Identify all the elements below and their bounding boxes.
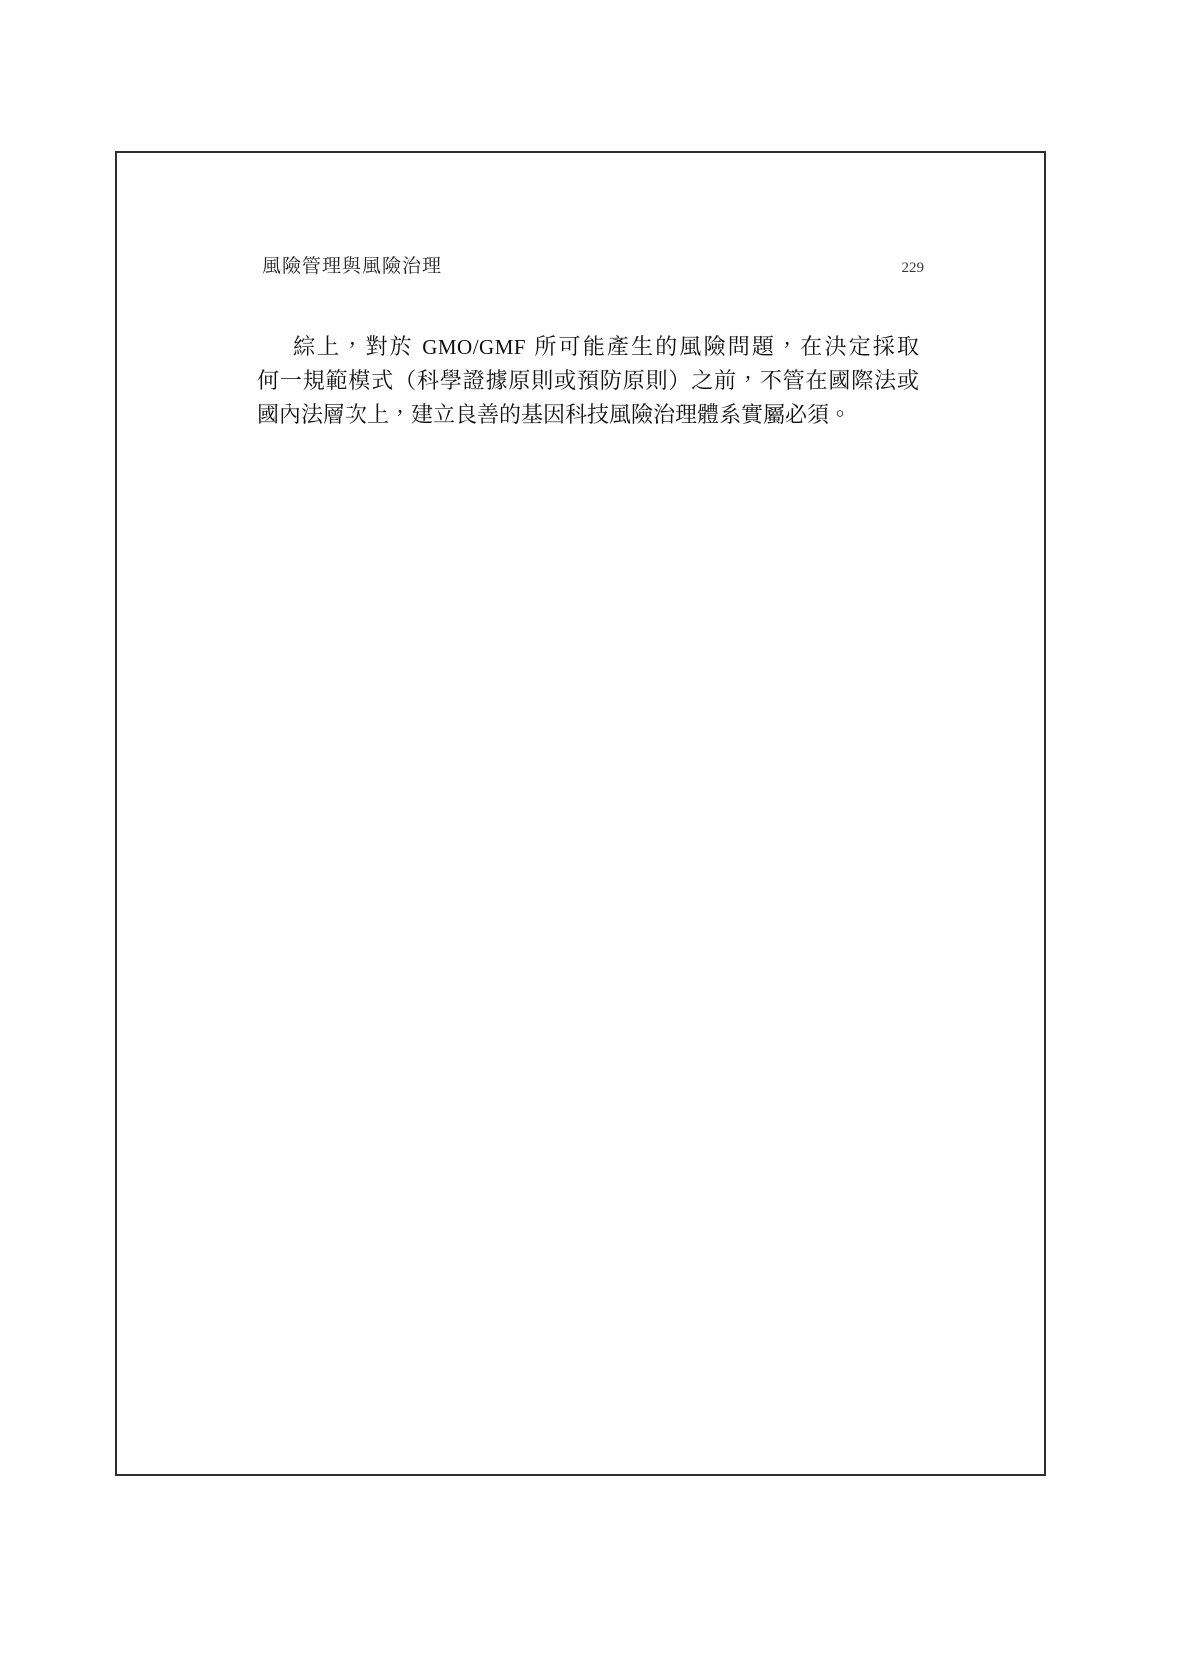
page-frame: 風險管理與風險治理 229 綜上，對於 GMO/GMF 所可能產生的風險問題，在… <box>115 151 1046 1476</box>
running-header: 風險管理與風險治理 229 <box>262 256 924 278</box>
latin-acronym-gmo-gmf: GMO/GMF <box>422 335 526 359</box>
paragraph-line-1-post: 所可能產生的風險問題，在決定採取 <box>526 334 919 359</box>
paragraph-line-2: 何一規範模式（科學證據原則或預防原則）之前，不管在國際法或 <box>257 364 919 398</box>
body-paragraph: 綜上，對於 GMO/GMF 所可能產生的風險問題，在決定採取 何一規範模式（科學… <box>257 330 919 432</box>
paragraph-line-1: 綜上，對於 GMO/GMF 所可能產生的風險問題，在決定採取 <box>257 330 919 364</box>
running-header-title: 風險管理與風險治理 <box>262 256 442 278</box>
paragraph-line-1-pre: 綜上，對於 <box>293 334 422 359</box>
paragraph-line-3: 國內法層次上，建立良善的基因科技風險治理體系實屬必須。 <box>257 398 919 432</box>
page-number: 229 <box>902 258 925 278</box>
scanned-book-page: { "header": { "title": "風險管理與風險治理", "pag… <box>0 0 1177 1664</box>
